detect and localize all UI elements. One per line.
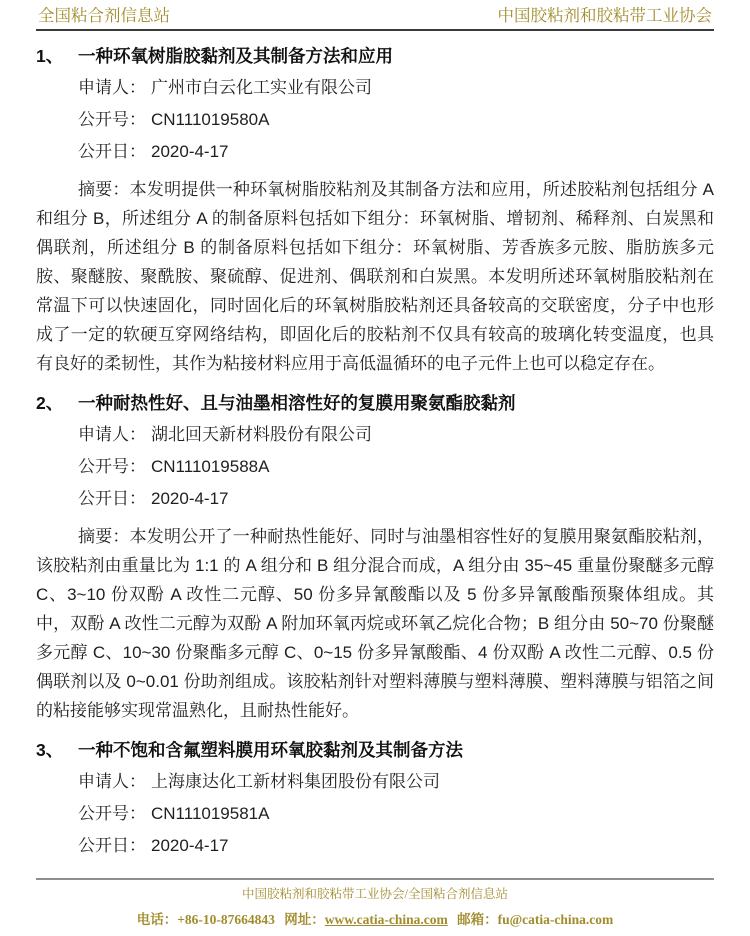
- applicant-value: 广州市白云化工实业有限公司: [151, 78, 372, 97]
- page-header: 全国粘合剂信息站 中国胶粘剂和胶粘带工业协会: [36, 0, 714, 31]
- publication-date-label: 公开日：: [78, 836, 146, 855]
- phone-pair: 电话：+86-10-87664843: [137, 912, 275, 927]
- phone-value: +86-10-87664843: [177, 912, 275, 927]
- patent-2-title-text: 一种耐热性好、且与油墨相溶性好的复膜用聚氨酯胶黏剂: [78, 391, 516, 415]
- patent-2-publication-date-line: 公开日：2020-4-17: [78, 488, 714, 509]
- page-footer: 中国胶粘剂和胶粘带工业协会/全国粘合剂信息站 电话：+86-10-8766484…: [36, 878, 714, 936]
- patent-3-publication-date-line: 公开日：2020-4-17: [78, 835, 714, 856]
- content-area: 1、 一种环氧树脂胶黏剂及其制备方法和应用 申请人：广州市白云化工实业有限公司 …: [36, 44, 714, 856]
- patent-entry-1: 1、 一种环氧树脂胶黏剂及其制备方法和应用 申请人：广州市白云化工实业有限公司 …: [36, 44, 714, 378]
- applicant-label: 申请人：: [78, 78, 146, 97]
- publication-no-value: CN111019580A: [151, 110, 269, 129]
- applicant-label: 申请人：: [78, 772, 146, 791]
- header-left-title: 全国粘合剂信息站: [38, 6, 170, 25]
- patent-1-publication-no-line: 公开号：CN111019580A: [78, 109, 714, 130]
- patent-2-number: 2、: [36, 391, 78, 415]
- website-label: 网址：: [284, 912, 325, 927]
- email-value: fu@catia-china.com: [498, 912, 614, 927]
- patent-entry-3: 3、 一种不饱和含氟塑料膜用环氧胶黏剂及其制备方法 申请人：上海康达化工新材料集…: [36, 738, 714, 856]
- email-label: 邮箱：: [457, 912, 498, 927]
- website-link[interactable]: www.catia-china.com: [325, 912, 448, 927]
- applicant-label: 申请人：: [78, 425, 146, 444]
- footer-organization-line: 中国胶粘剂和胶粘带工业协会/全国粘合剂信息站: [36, 886, 714, 902]
- patent-2-abstract: 摘要：本发明公开了一种耐热性能好、同时与油墨相容性好的复膜用聚氨酯胶粘剂，该胶粘…: [36, 522, 714, 725]
- publication-date-label: 公开日：: [78, 489, 146, 508]
- patent-1-title: 1、 一种环氧树脂胶黏剂及其制备方法和应用: [36, 44, 714, 68]
- patent-2-publication-no-line: 公开号：CN111019588A: [78, 456, 714, 477]
- publication-no-label: 公开号：: [78, 457, 146, 476]
- publication-date-label: 公开日：: [78, 142, 146, 161]
- patent-1-title-text: 一种环氧树脂胶黏剂及其制备方法和应用: [78, 44, 393, 68]
- patent-1-applicant-line: 申请人：广州市白云化工实业有限公司: [78, 77, 714, 98]
- patent-3-applicant-line: 申请人：上海康达化工新材料集团股份有限公司: [78, 771, 714, 792]
- patent-1-publication-date-line: 公开日：2020-4-17: [78, 141, 714, 162]
- publication-no-value: CN111019581A: [151, 804, 269, 823]
- website-pair: 网址：www.catia-china.com: [284, 912, 447, 927]
- patent-1-number: 1、: [36, 44, 78, 68]
- patent-3-publication-no-line: 公开号：CN111019581A: [78, 803, 714, 824]
- patent-1-abstract: 摘要：本发明提供一种环氧树脂胶粘剂及其制备方法和应用，所述胶粘剂包括组分 A 和…: [36, 175, 714, 378]
- newsletter-page: 全国粘合剂信息站 中国胶粘剂和胶粘带工业协会 1、 一种环氧树脂胶黏剂及其制备方…: [0, 0, 750, 936]
- publication-date-value: 2020-4-17: [151, 142, 229, 161]
- patent-2-applicant-line: 申请人：湖北回天新材料股份有限公司: [78, 424, 714, 445]
- publication-no-label: 公开号：: [78, 110, 146, 129]
- publication-date-value: 2020-4-17: [151, 836, 229, 855]
- publication-no-label: 公开号：: [78, 804, 146, 823]
- applicant-value: 上海康达化工新材料集团股份有限公司: [151, 772, 440, 791]
- publication-no-value: CN111019588A: [151, 457, 269, 476]
- patent-entry-2: 2、 一种耐热性好、且与油墨相溶性好的复膜用聚氨酯胶黏剂 申请人：湖北回天新材料…: [36, 391, 714, 725]
- email-pair: 邮箱：fu@catia-china.com: [457, 912, 613, 927]
- footer-contact-line: 电话：+86-10-87664843 网址：www.catia-china.co…: [36, 911, 714, 928]
- applicant-value: 湖北回天新材料股份有限公司: [151, 425, 372, 444]
- patent-3-number: 3、: [36, 738, 78, 762]
- patent-2-title: 2、 一种耐热性好、且与油墨相溶性好的复膜用聚氨酯胶黏剂: [36, 391, 714, 415]
- phone-label: 电话：: [137, 912, 178, 927]
- patent-3-title: 3、 一种不饱和含氟塑料膜用环氧胶黏剂及其制备方法: [36, 738, 714, 762]
- header-right-title: 中国胶粘剂和胶粘带工业协会: [498, 6, 713, 25]
- publication-date-value: 2020-4-17: [151, 489, 229, 508]
- patent-3-title-text: 一种不饱和含氟塑料膜用环氧胶黏剂及其制备方法: [78, 738, 463, 762]
